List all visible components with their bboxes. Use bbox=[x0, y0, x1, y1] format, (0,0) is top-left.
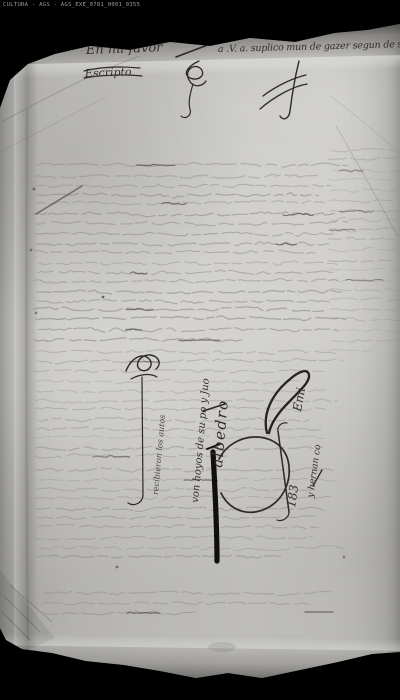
signature-emi-text: Emi bbox=[290, 386, 308, 413]
paper-crease-lines bbox=[0, 56, 398, 662]
favor-note-text: En mi favor bbox=[85, 40, 164, 58]
crossed-word-text: Escripto bbox=[84, 65, 132, 80]
manuscript-page: En mi favor a .V. a. suplico mun de gaze… bbox=[0, 0, 400, 700]
signature-year-text: 183 bbox=[284, 483, 301, 508]
vertical-note-mid-text: von hoyos de su po y Juo bbox=[190, 378, 212, 503]
vertical-note-faint-text: recibieron los autos bbox=[151, 414, 167, 495]
archive-reference-label: CULTURA - AGS - AGS_EXE_0781_0001_0355 bbox=[3, 2, 140, 8]
petition-line-text: a .V. a. suplico mun de gazer segun de s… bbox=[218, 39, 400, 55]
scan-background: CULTURA - AGS - AGS_EXE_0781_0001_0355 E… bbox=[0, 0, 400, 700]
ink-layer: En mi favor a .V. a. suplico mun de gaze… bbox=[0, 0, 400, 700]
